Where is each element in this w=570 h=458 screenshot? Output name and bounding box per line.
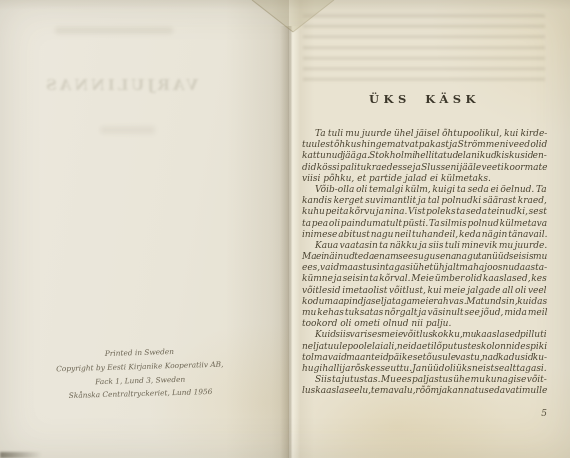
body-line-text: kattunud jääga. Stokholmi hellitatud ela… bbox=[302, 151, 547, 162]
body-line: did kössi palitukraedesse ja Slusseni jä… bbox=[302, 163, 547, 174]
body-line-text: kandis kerget suvimantlit ja tal polnudk… bbox=[302, 196, 547, 207]
left-page: VARJULINNAS Printed in Sweden Copyright … bbox=[0, 0, 289, 458]
body-line: nelja tuule poole laiali, neid aeti lõpu… bbox=[302, 342, 547, 353]
body-line-text: Kaua vaatasin ta näkku ja siis tuli mine… bbox=[302, 241, 547, 252]
body-line-text: viisi põhku, et partide jalad ei külmeta… bbox=[302, 174, 491, 185]
showthrough-smudge bbox=[100, 126, 155, 134]
body-line: mu kehas tuksatas nõrgalt ja väsinult se… bbox=[302, 308, 547, 319]
body-line: hugi halli ja rõskesse uttu. Ja nüüd oli… bbox=[302, 364, 547, 375]
body-line: ees, vaid ma astusin tagasi ühe tühjalt … bbox=[302, 263, 547, 274]
body-line: inimese abitust nagu neil tuhandeil, ked… bbox=[302, 230, 547, 241]
body-line: kuhu peita kõrvu ja nina. Vist poleks ta… bbox=[302, 207, 547, 218]
body-line-text: Võib-olla oli temalgi külm, kuigi ta sed… bbox=[302, 185, 547, 196]
body-line-text: kodumaa pind ja seljataga meie rahvas. M… bbox=[302, 297, 547, 308]
body-line-text: luskaaslase elu, tema valu, rõõm ja kann… bbox=[302, 386, 547, 397]
body-line: Siis ta jutustas. Mu ees paljastus ühe m… bbox=[302, 375, 547, 386]
body-line: Võib-olla oli temalgi külm, kuigi ta sed… bbox=[302, 185, 547, 196]
body-line-text: mu kehas tuksatas nõrgalt ja väsinult se… bbox=[302, 308, 547, 319]
page-number: 5 bbox=[302, 409, 547, 419]
body-line-text: kümne ja seisin ta kõrval. Meie ümber ol… bbox=[302, 274, 547, 285]
paragraph: Võib-olla oli temalgi külm, kuigi ta sed… bbox=[302, 185, 547, 241]
body-line: tookord oli ometi olnud nii palju. bbox=[302, 319, 547, 330]
body-line-text: Ma ei näinud teda enam seesugusena nagu … bbox=[302, 252, 547, 263]
showthrough-text-block bbox=[303, 14, 545, 88]
body-line-text: tolmavaid maanteid päikesetõusule vastu,… bbox=[302, 353, 547, 364]
body-line: Ta tuli mu juurde ühel jäisel õhtupoolik… bbox=[302, 129, 547, 140]
open-book-photo: VARJULINNAS Printed in Sweden Copyright … bbox=[0, 0, 570, 458]
body-line: tuulest õhkus hingematvat pakast ja Strö… bbox=[302, 140, 547, 151]
body-line: võitlesid imetaolist võitlust, kui meie … bbox=[302, 286, 547, 297]
body-line-text: ees, vaid ma astusin tagasi ühe tühjalt … bbox=[302, 263, 547, 274]
body-line-text: hugi halli ja rõskesse uttu. Ja nüüd oli… bbox=[302, 364, 547, 375]
paragraph: Siis ta jutustas. Mu ees paljastus ühe m… bbox=[302, 375, 547, 397]
body-line: ta pea oli paindumatult püsti. Ta silmis… bbox=[302, 219, 547, 230]
right-page: ÜKS KÄSK Ta tuli mu juurde ühel jäisel õ… bbox=[289, 0, 570, 458]
showthrough-smudge bbox=[55, 27, 173, 34]
body-line-text: kuhu peita kõrvu ja nina. Vist poleks ta… bbox=[302, 207, 547, 218]
body-line: kodumaa pind ja seljataga meie rahvas. M… bbox=[302, 297, 547, 308]
body-line: kattunud jääga. Stokholmi hellitatud ela… bbox=[302, 151, 547, 162]
body-line: kandis kerget suvimantlit ja tal polnudk… bbox=[302, 196, 547, 207]
paragraph: Kuid siis varises meie võitlus kokku, mu… bbox=[302, 330, 547, 375]
body-line-text: ta pea oli paindumatult püsti. Ta silmis… bbox=[302, 219, 547, 230]
body-line: Ma ei näinud teda enam seesugusena nagu … bbox=[302, 252, 547, 263]
body-line: tolmavaid maanteid päikesetõusule vastu,… bbox=[302, 353, 547, 364]
body-line: viisi põhku, et partide jalad ei külmeta… bbox=[302, 174, 547, 185]
body-line-text: Siis ta jutustas. Mu ees paljastus ühe m… bbox=[302, 375, 547, 386]
chapter-title: ÜKS KÄSK bbox=[302, 92, 547, 106]
body-line-text: tookord oli ometi olnud nii palju. bbox=[302, 319, 451, 330]
body-text: Ta tuli mu juurde ühel jäisel õhtupoolik… bbox=[302, 129, 547, 398]
body-line-text: inimese abitust nagu neil tuhandeil, ked… bbox=[302, 230, 547, 241]
body-line-text: Kuid siis varises meie võitlus kokku, mu… bbox=[302, 330, 547, 341]
body-line-text: Ta tuli mu juurde ühel jäisel õhtupoolik… bbox=[302, 129, 547, 140]
body-line: Kuid siis varises meie võitlus kokku, mu… bbox=[302, 330, 547, 341]
paragraph: Ta tuli mu juurde ühel jäisel õhtupoolik… bbox=[302, 129, 547, 185]
body-line: luskaaslase elu, tema valu, rõõm ja kann… bbox=[302, 386, 547, 397]
body-line-text: tuulest õhkus hingematvat pakast ja Strö… bbox=[302, 140, 547, 151]
body-line: Kaua vaatasin ta näkku ja siis tuli mine… bbox=[302, 241, 547, 252]
colophon: Printed in Sweden Copyright by Eesti Kir… bbox=[17, 343, 262, 405]
body-line-text: did kössi palitukraedesse ja Slusseni jä… bbox=[302, 163, 547, 174]
paragraph: Kaua vaatasin ta näkku ja siis tuli mine… bbox=[302, 241, 547, 331]
showthrough-mirrored-title: VARJULINNAS bbox=[28, 76, 213, 94]
body-line-text: nelja tuule poole laiali, neid aeti lõpu… bbox=[302, 342, 547, 353]
body-line: kümne ja seisin ta kõrval. Meie ümber ol… bbox=[302, 274, 547, 285]
body-line-text: võitlesid imetaolist võitlust, kui meie … bbox=[302, 286, 547, 297]
